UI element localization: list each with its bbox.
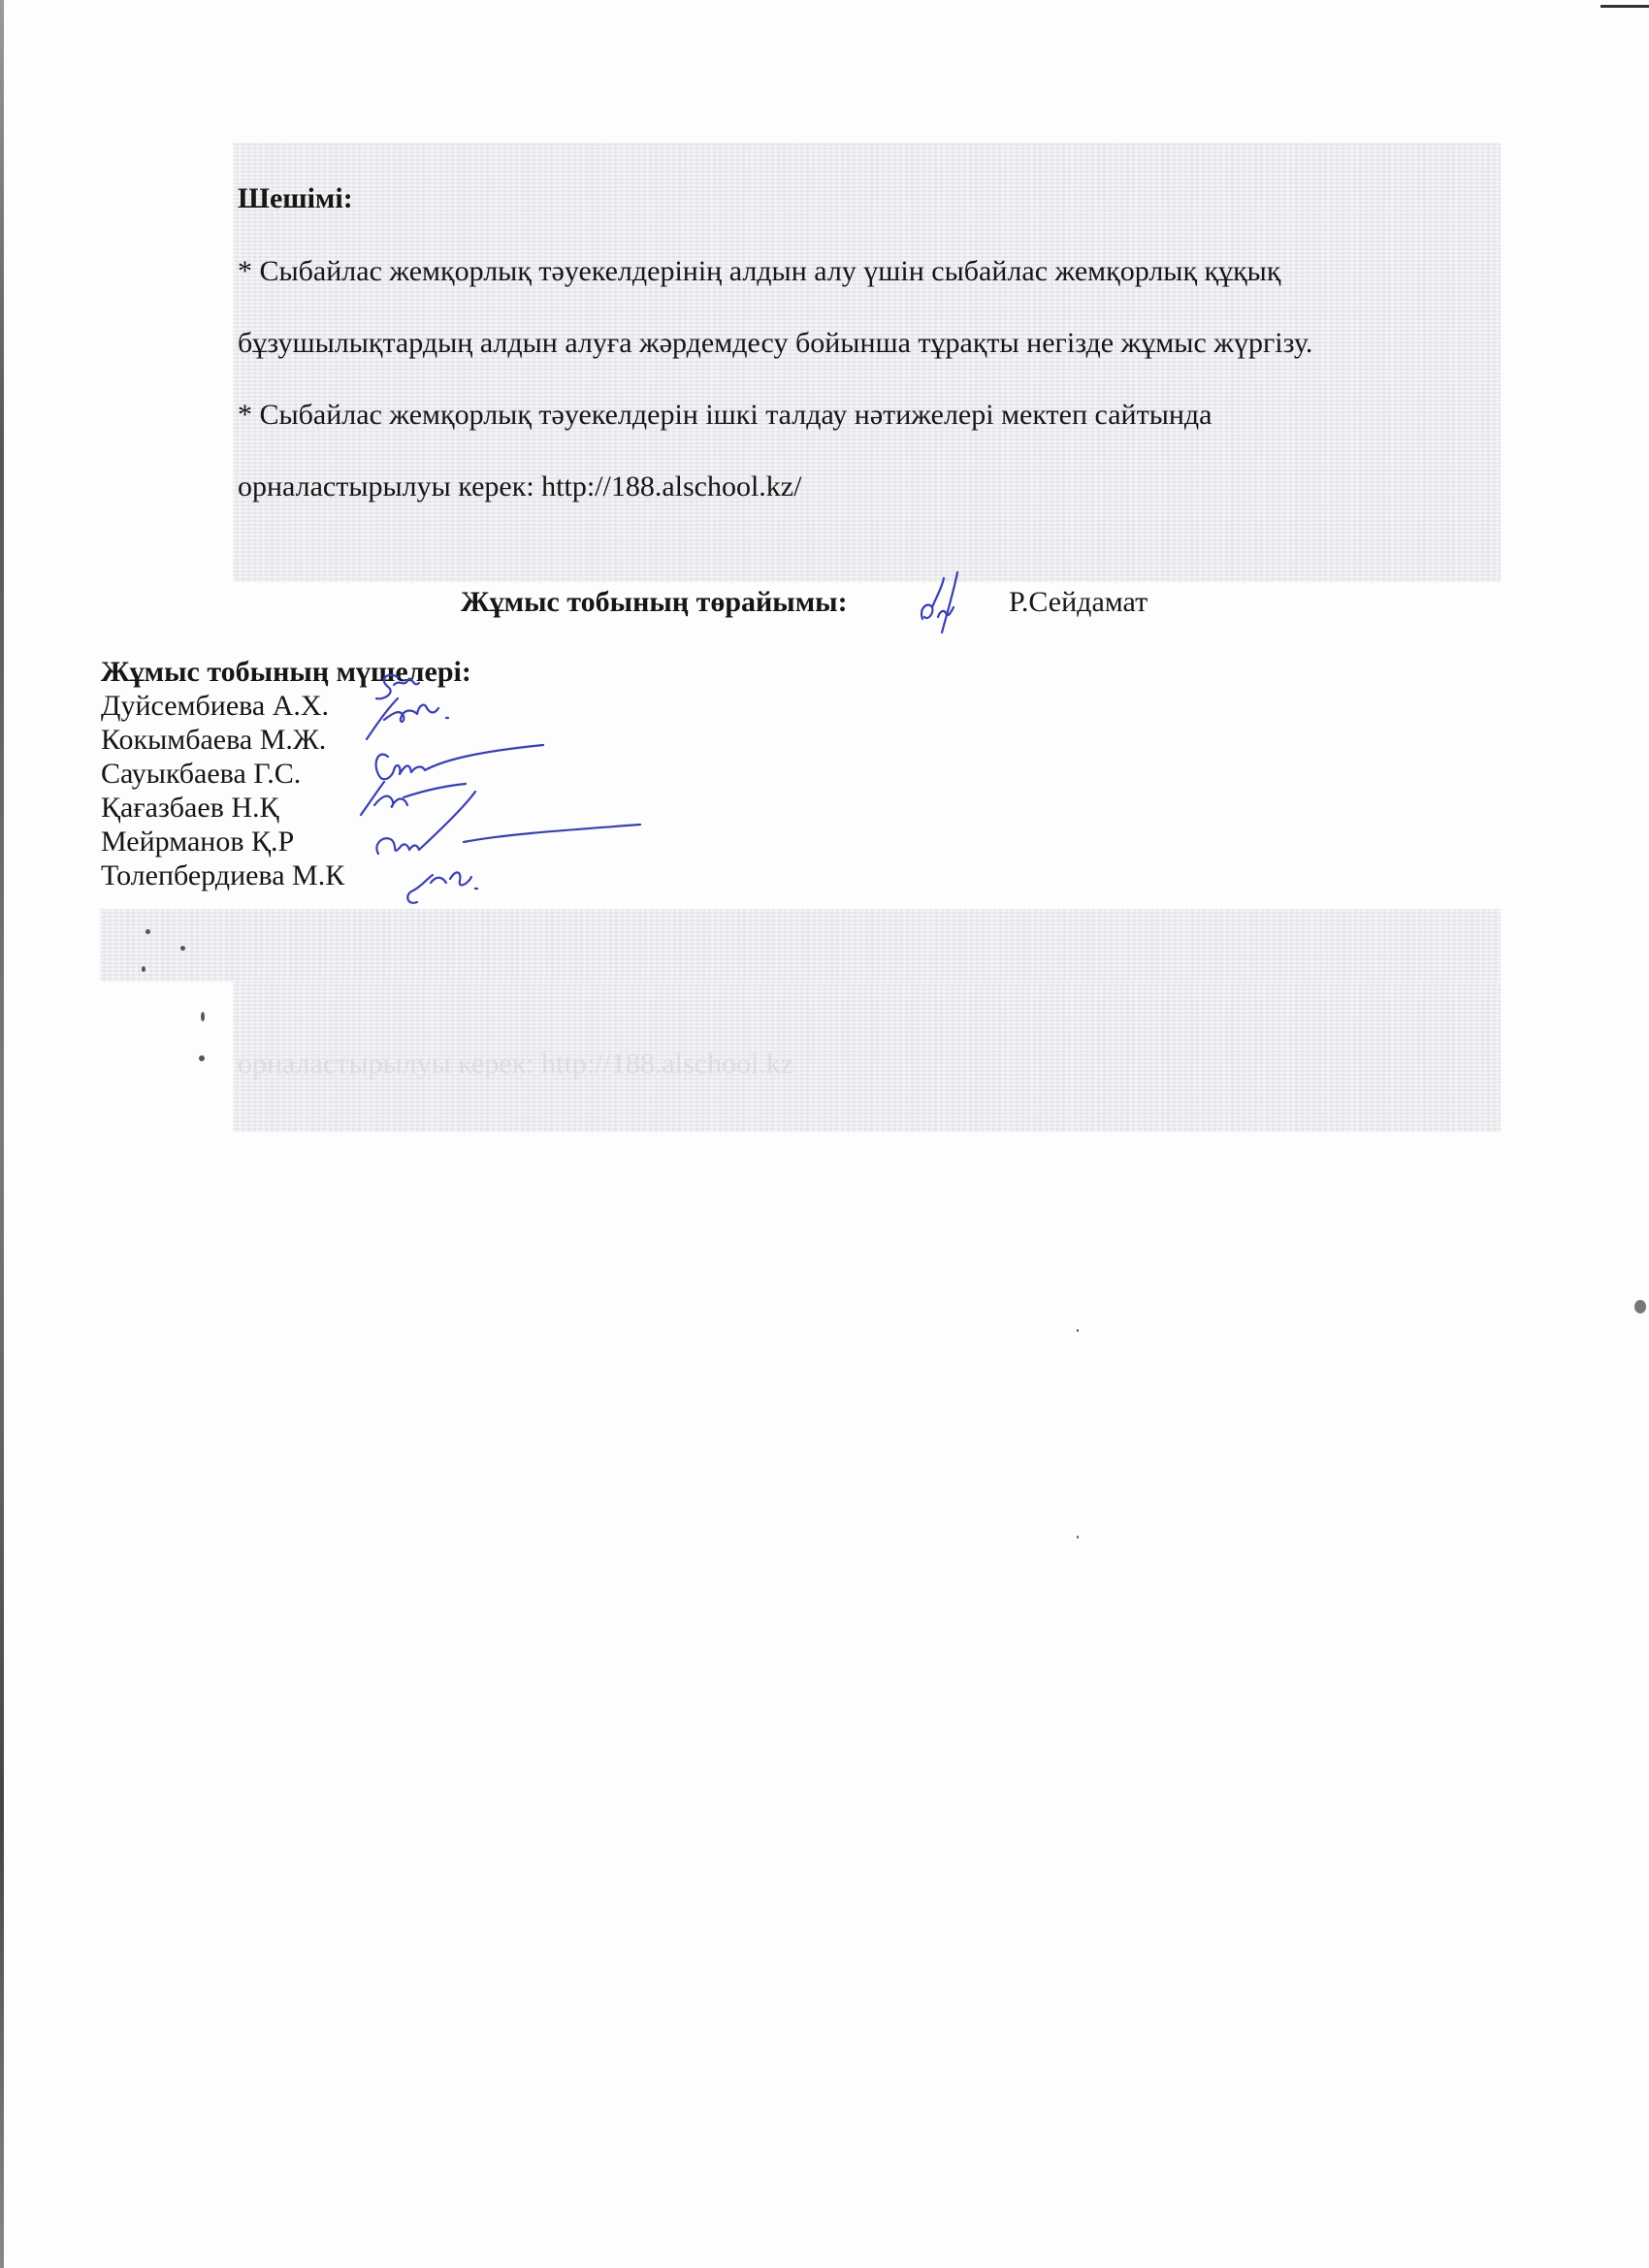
signature-icon: [915, 568, 983, 636]
decision-item-1-line-2: бұзушылықтардың алдын алуға жәрдемдесу б…: [238, 327, 1312, 360]
scan-speck: [1634, 1300, 1646, 1313]
decision-highlight-box: [233, 143, 1501, 582]
scanner-edge: [0, 0, 4, 2268]
scan-speck: [1077, 1329, 1079, 1332]
scanner-edge-top: [1600, 5, 1649, 8]
chairman-signature-row: Жұмыс тобының төрайымы: Р.Сейдамат: [461, 586, 1237, 625]
chairman-label: Жұмыс тобының төрайымы:: [461, 586, 848, 619]
decision-item-2-line-2: орналастырылуы керек: http://188.alschoo…: [238, 470, 801, 503]
lower-highlight-strip: [100, 909, 1501, 982]
show-through-text: орналастырылуы керек: http://188.alschoo…: [238, 1048, 793, 1081]
chairman-name: Р.Сейдамат: [1009, 586, 1148, 619]
decision-item-1-line-1: * Сыбайлас жемқорлық тәуекелдерінің алды…: [238, 255, 1280, 288]
scan-speck: [1077, 1536, 1079, 1539]
decision-heading: Шешімі:: [238, 182, 353, 215]
scan-speck: [199, 1055, 205, 1061]
decision-item-2-line-1: * Сыбайлас жемқорлық тәуекелдерін ішкі т…: [238, 399, 1212, 432]
member-signatures-icon: [349, 669, 660, 912]
scan-speck: [201, 1012, 205, 1021]
scan-speck: [142, 966, 145, 972]
scan-speck: [145, 929, 150, 934]
scan-speck: [180, 946, 185, 951]
